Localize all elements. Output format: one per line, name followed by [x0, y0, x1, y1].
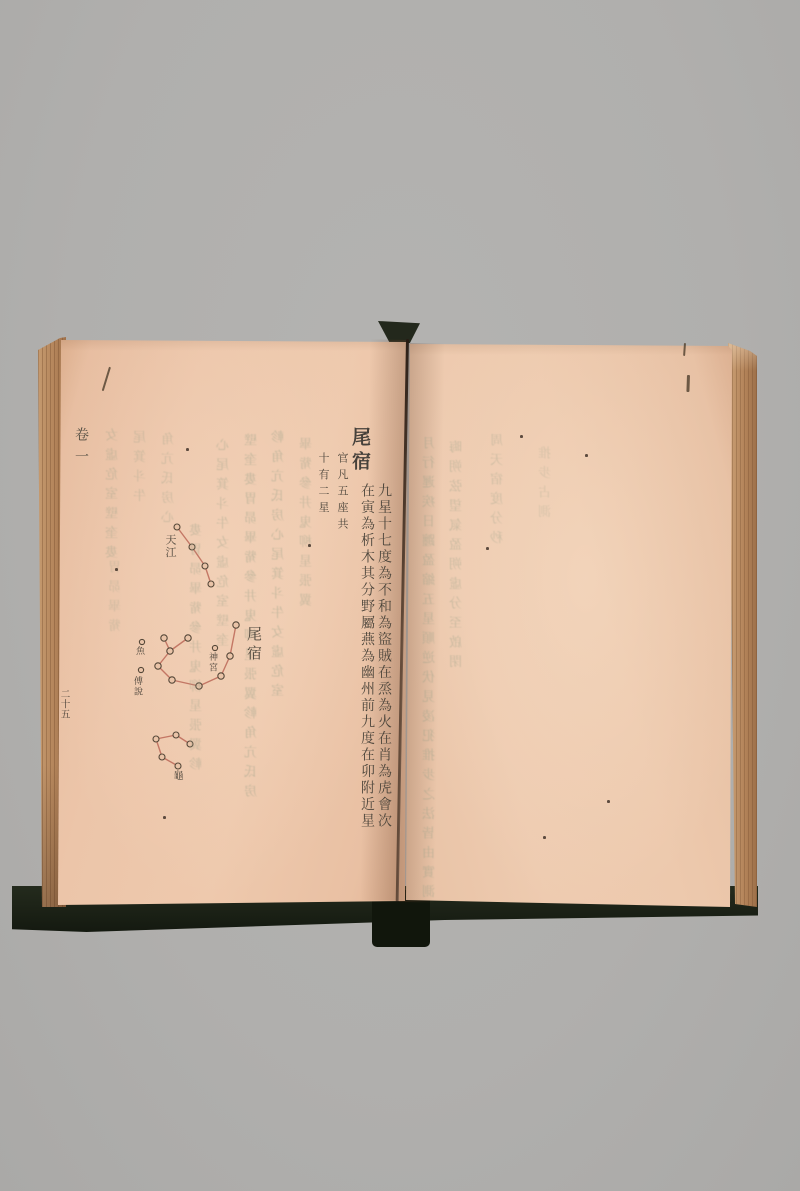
star-wei [233, 622, 239, 628]
star-tianjiang [208, 581, 214, 587]
star-wei [155, 663, 161, 669]
ghost-showthrough-column-left: 軫角亢氐房心尾箕斗牛女虛危室 [273, 430, 286, 703]
ghost-showthrough-column-left: 婁胃昴畢觜參井鬼柳星張翼軫 [191, 523, 204, 777]
star-wei [169, 677, 175, 683]
ghost-showthrough-column-right: 晦朔弦望氣盈朔虛分至啟閉 [451, 440, 464, 674]
star-gui [173, 732, 179, 738]
ink-speck [607, 800, 610, 803]
star-yu [139, 639, 144, 644]
ink-speck [520, 435, 523, 438]
star-label-tianjiang: 天江 [165, 534, 176, 559]
star-gui [175, 763, 181, 769]
star-wei [161, 635, 167, 641]
ghost-showthrough-column-left: 心尾箕斗牛女虛危室壁奎 [218, 438, 231, 653]
ghost-showthrough-column-left: 壁奎婁胃昴畢觜參井鬼柳星張翼軫角亢氐房 [246, 433, 259, 804]
ink-speck [585, 454, 588, 457]
star-wei [227, 653, 233, 659]
star-wei [218, 673, 224, 679]
ghost-showthrough-column-left: 角亢氐房心 [163, 432, 176, 530]
star-fuyue [138, 667, 143, 672]
ghost-showthrough-column-right: 推步占測 [540, 446, 553, 524]
ink-speck [186, 448, 189, 451]
ghost-showthrough-column-right: 周天宿度分秒 [492, 433, 505, 550]
ink-speck [308, 544, 311, 547]
star-wei [167, 648, 173, 654]
ghost-showthrough-column-left: 胃昴畢觜 [110, 560, 123, 638]
star-label-yu: 魚 [134, 646, 143, 657]
photo-backdrop: 卷一 二十五 尾宿 官凡五座共 十有二星 九星十七度為不和為盜賊在烝為火在肖為虎… [0, 0, 800, 1191]
ink-speck [115, 568, 118, 571]
ink-speck [543, 836, 546, 839]
stage: 卷一 二十五 尾宿 官凡五座共 十有二星 九星十七度為不和為盜賊在烝為火在肖為虎… [0, 0, 800, 1191]
ghost-showthrough-column-left: 尾箕斗牛 [135, 430, 148, 508]
ink-speck [486, 547, 489, 550]
ink-speck [163, 816, 166, 819]
ghost-showthrough-column-right: 月行遲疾日躔盈縮五星順逆伏見凌犯推步之法皆由實測 [424, 436, 437, 904]
star-label-shengong: 神宮 [207, 652, 216, 673]
star-label-gui: 龜 [171, 770, 181, 782]
star-gui [159, 754, 165, 760]
star-gui [153, 736, 159, 742]
ghost-showthrough-column-left: 女虛危室壁奎婁 [107, 428, 120, 565]
ghost-showthrough-column-left: 畢觜參井鬼柳星張翼 [301, 437, 314, 613]
star-label-fuyue: 傅說 [132, 676, 141, 697]
star-label-wei: 尾宿 [246, 626, 261, 664]
